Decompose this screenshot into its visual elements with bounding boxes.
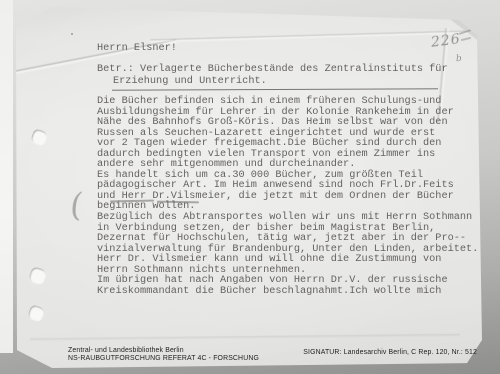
punch-hole-bottom — [27, 304, 45, 322]
scanned-document-view: 226 b Herrn Elsner! Betr.: Verlagerte Bü… — [0, 0, 500, 374]
document-page: 226 b Herrn Elsner! Betr.: Verlagerte Bü… — [0, 0, 500, 374]
pencil-scribble — [461, 37, 471, 41]
punch-hole-top — [30, 128, 48, 146]
letter-body: Die Bücher befinden sich in einem früher… — [97, 96, 478, 296]
page-number-handwritten: 226 — [430, 31, 461, 51]
punch-hole-middle — [28, 266, 47, 285]
footer-library-label: Zentral- und Landesbibliothek Berlin NS-… — [68, 347, 259, 363]
footer-library-line-2: NS-RAUBGUTFORSCHUNG REFERAT 4C - FORSCHU… — [68, 355, 259, 363]
pencil-note: b — [456, 54, 462, 64]
letter-body-line: Die Bücher befinden sich in einem früher… — [97, 96, 478, 107]
scan-left-margin — [0, 0, 13, 353]
subject-line-1: Betr.: Verlagerte Bücherbestände des Zen… — [97, 64, 448, 75]
letter-body-line: Kreiskommandant die Bücher beschlagnahmt… — [97, 286, 478, 297]
paper-speck — [71, 33, 73, 35]
crease-mark — [30, 328, 460, 345]
footer-signature-label: SIGNATUR: Landesarchiv Berlin, C Rep. 12… — [303, 349, 477, 357]
subject-line-2: Erziehung und Unterricht. — [113, 76, 267, 87]
letter-body-line: Bezüglich des Abtransportes wollen wir u… — [97, 212, 478, 223]
salutation: Herrn Elsner! — [97, 43, 177, 54]
margin-parenthesis-mark: ( — [68, 186, 84, 225]
footer-library-line-1: Zentral- und Landesbibliothek Berlin — [68, 347, 259, 355]
subject-underline — [112, 88, 438, 91]
